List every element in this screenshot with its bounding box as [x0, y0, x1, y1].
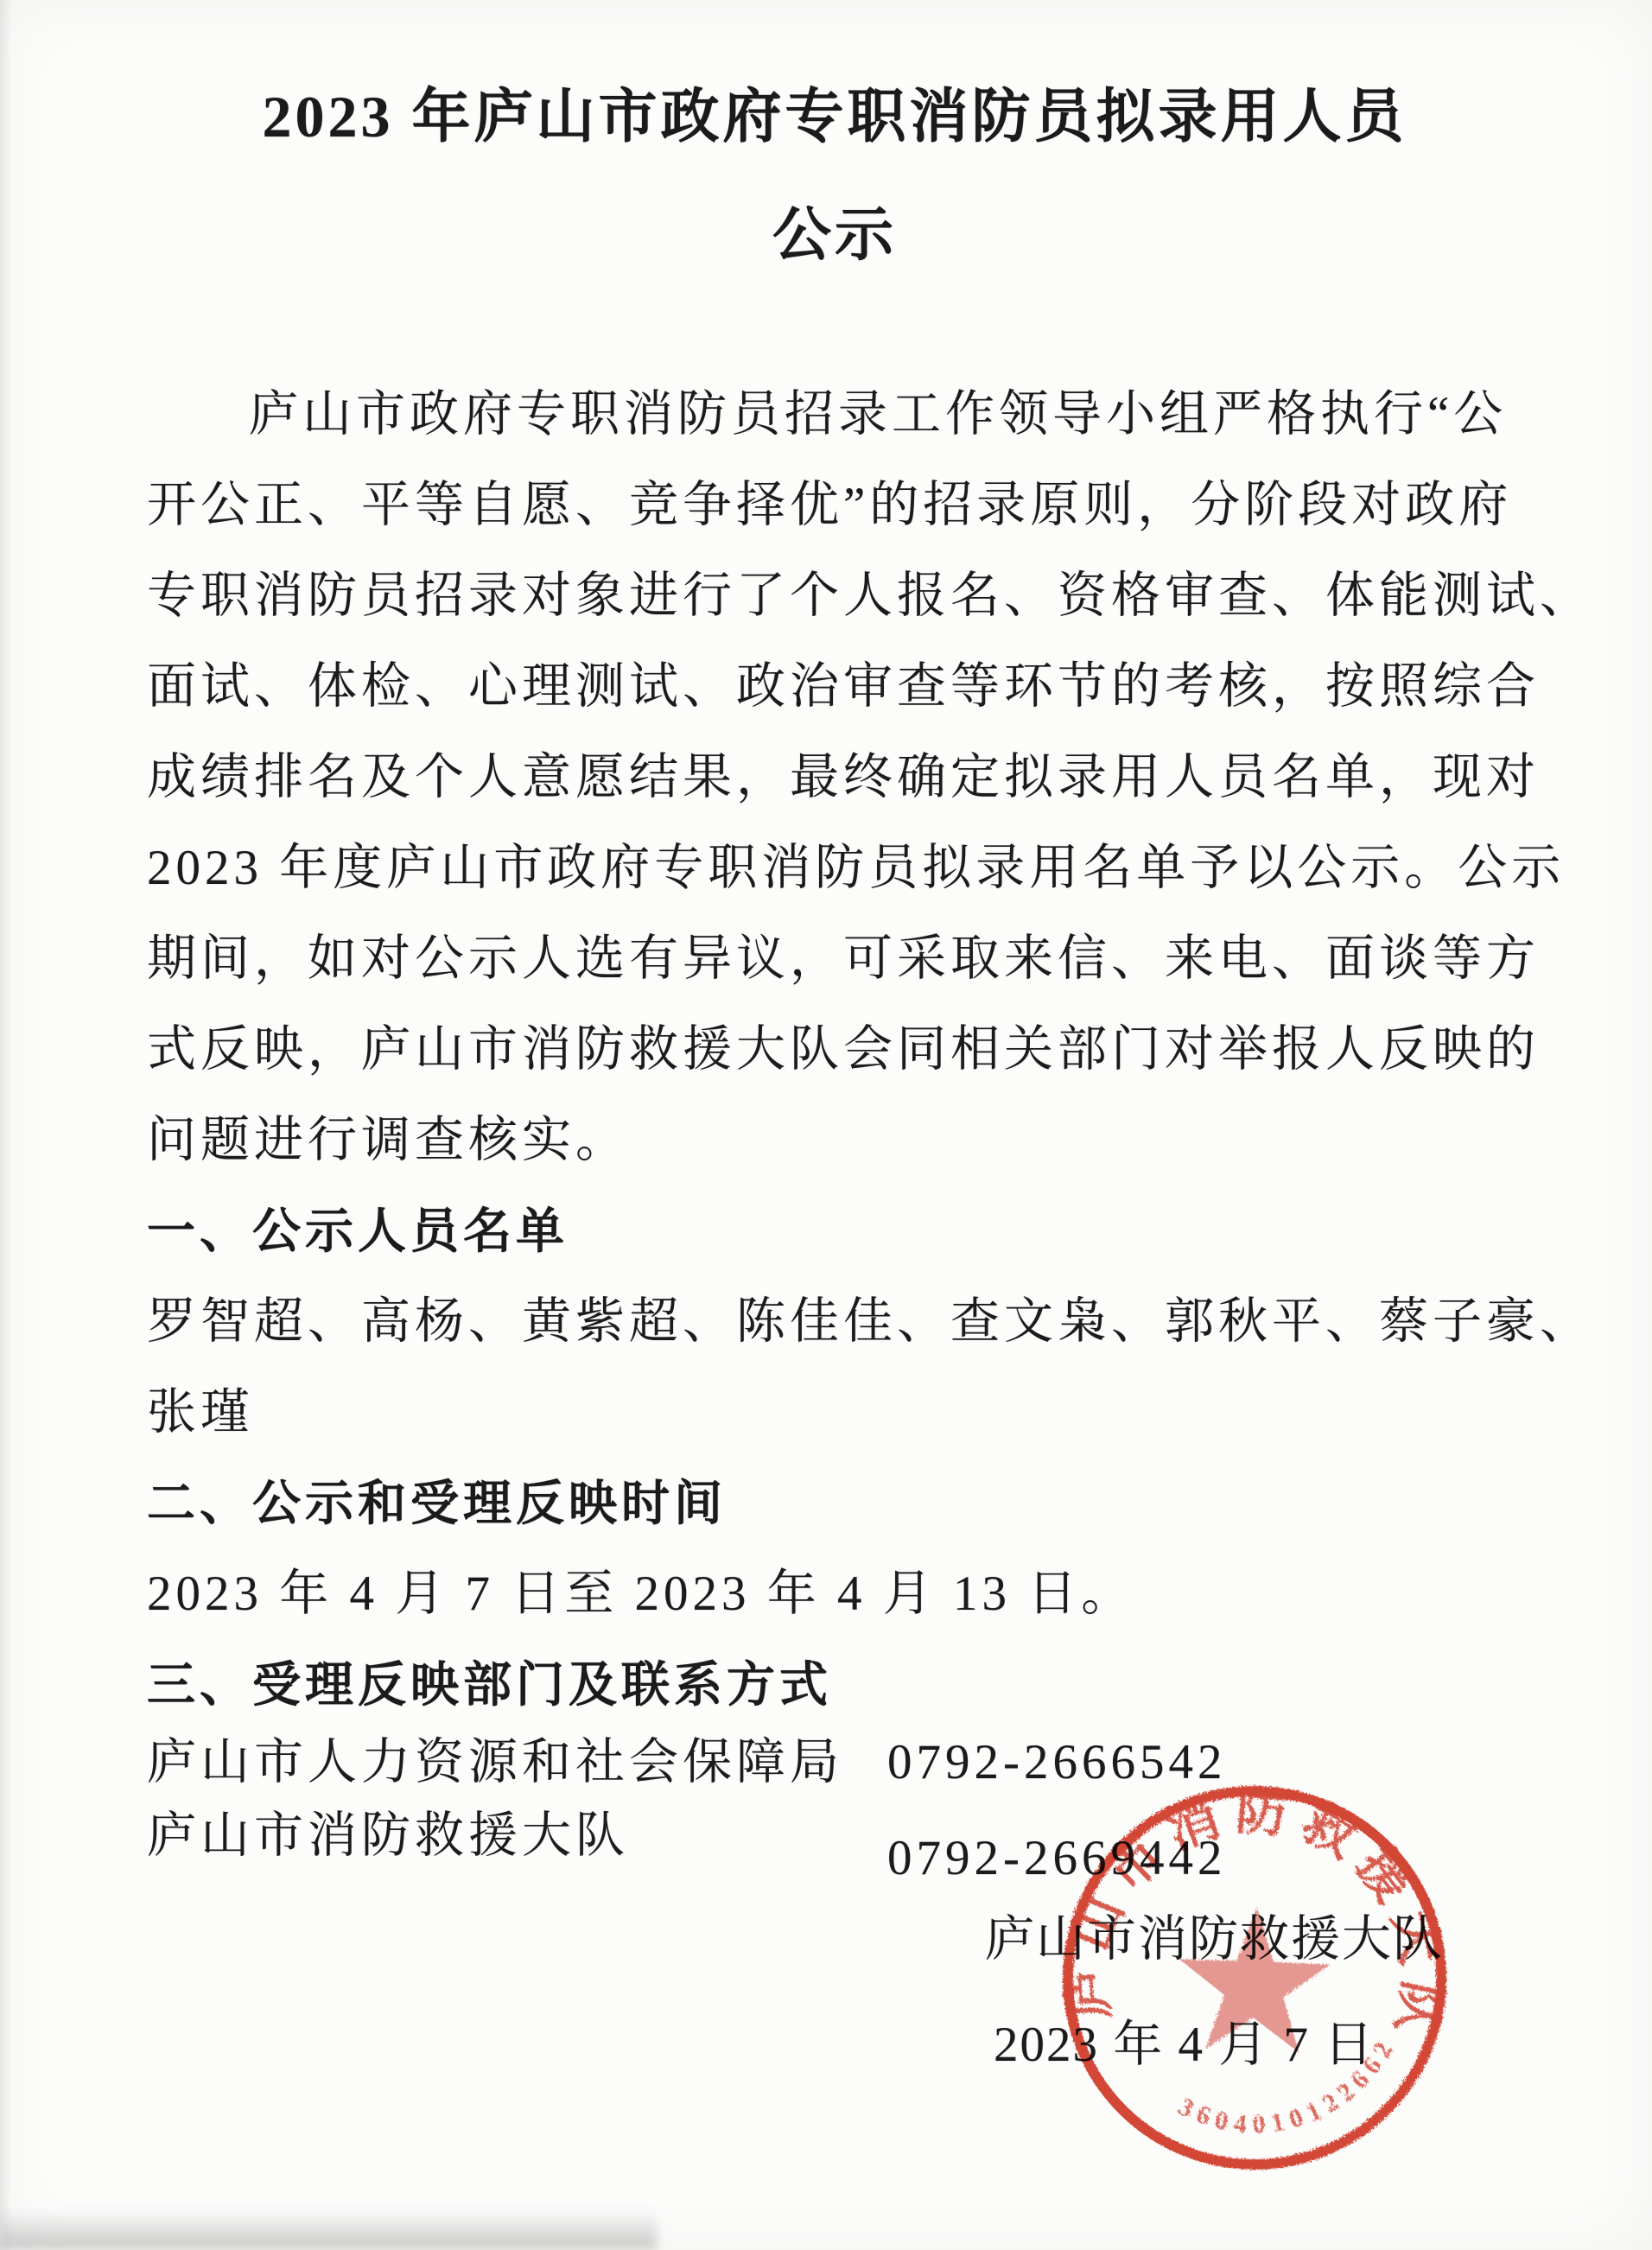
section-one-heading: 一、公示人员名单: [147, 1185, 1522, 1276]
notice-title-line1: 2023 年庐山市政府专职消防员拟录用人员: [147, 65, 1522, 168]
body-paragraph-line: 期间，如对公示人选有异议，可采取来信、来电、面谈等方: [147, 913, 1522, 1004]
scan-edge-shadow: [0, 0, 12, 2250]
names-list-line1: 罗智超、高杨、黄紫超、陈佳佳、查文枭、郭秋平、蔡子豪、: [147, 1276, 1522, 1367]
contact-department: 庐山市消防救援大队: [147, 1790, 887, 1881]
scanned-notice-page: 2023 年庐山市政府专职消防员拟录用人员 公示 庐山市政府专职消防员招录工作领…: [0, 0, 1652, 2250]
body-paragraph-line: 庐山市政府专职消防员招录工作领导小组严格执行“公: [147, 369, 1522, 460]
notice-title-line2: 公示: [147, 183, 1522, 287]
names-list-line2: 张瑾: [147, 1367, 1522, 1458]
official-seal-stamp: 庐山市消防救援大队 3604010122662: [1045, 1768, 1465, 2188]
body-paragraph-line: 开公正、平等自愿、竞争择优”的招录原则，分阶段对政府: [147, 460, 1522, 550]
body-paragraph-line: 2023 年度庐山市政府专职消防员拟录用名单予以公示。公示: [147, 823, 1522, 913]
seal-star-icon: [1177, 1904, 1333, 2053]
body-paragraph-line: 专职消防员招录对象进行了个人报名、资格审查、体能测试、: [147, 550, 1522, 641]
body-paragraph-line: 式反映，庐山市消防救援大队会同相关部门对举报人反映的: [147, 1004, 1522, 1095]
section-two-heading: 二、公示和受理反映时间: [147, 1458, 1522, 1548]
scan-smudge-artifact: [0, 2210, 657, 2250]
body-paragraph-line: 问题进行调查核实。: [147, 1095, 1522, 1185]
publicity-period: 2023 年 4 月 7 日至 2023 年 4 月 13 日。: [147, 1548, 1522, 1639]
body-paragraph-line: 面试、体检、心理测试、政治审查等环节的考核，按照综合: [147, 641, 1522, 732]
body-paragraph-line: 成绩排名及个人意愿结果，最终确定拟录用人员名单，现对: [147, 732, 1522, 823]
